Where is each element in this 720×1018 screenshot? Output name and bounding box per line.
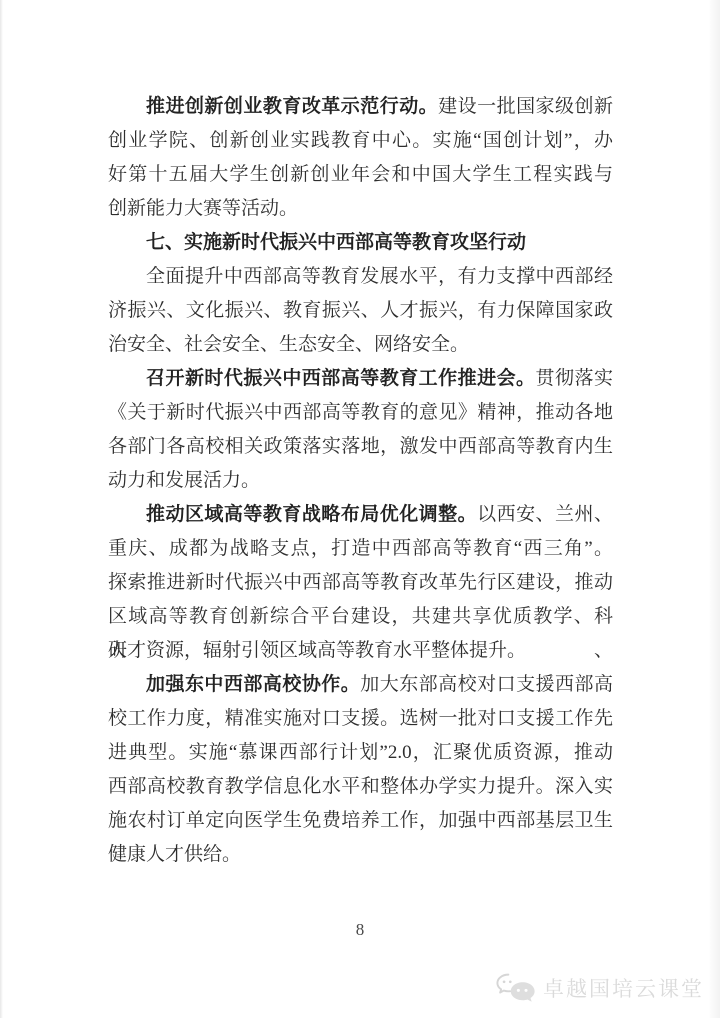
text-line: 加强东中西部高校协作。加大东部高校对口支援西部高 [108, 668, 613, 702]
paragraph-lead: 推动区域高等教育战略布局优化调整。 [146, 504, 477, 525]
section-heading-text: 七、实施新时代振兴中西部高等教育攻坚行动 [146, 232, 526, 253]
text-line: 区域高等教育创新综合平台建设，共建共享优质教学、科研、 [108, 600, 613, 634]
watermark-text: 卓越国培云课堂 [543, 973, 704, 1003]
paragraph-lead: 召开新时代振兴中西部高等教育工作推进会。 [146, 368, 536, 389]
page-number: 8 [0, 920, 720, 940]
paragraph-text: 《关于新时代振兴中西部高等教育的意见》精神，推动各地 [108, 402, 613, 423]
text-line: 推动区域高等教育战略布局优化调整。以西安、兰州、 [108, 498, 613, 532]
paragraph-text: 校工作力度，精准实施对口支援。选树一批对口支援工作先 [108, 708, 613, 729]
paragraph-text: 人才资源，辐射引领区域高等教育水平整体提升。 [108, 640, 526, 661]
paragraph-text: 健康人才供给。 [108, 844, 241, 865]
paragraph-lead: 推进创新创业教育改革示范行动。 [146, 96, 438, 117]
text-line: 动力和发展活力。 [108, 464, 613, 498]
paragraph-text: 贯彻落实 [536, 368, 613, 389]
scan-edge-left [0, 0, 3, 1018]
paragraph-text: 济振兴、文化振兴、教育振兴、人才振兴，有力保障国家政 [108, 300, 613, 321]
paragraph-text: 以西安、兰州、 [477, 504, 613, 525]
paragraph-text: 各部门各高校相关政策落实落地，激发中西部高等教育内生 [108, 436, 613, 457]
paragraph-text: 好第十五届大学生创新创业年会和中国大学生工程实践与 [108, 164, 613, 185]
section-heading: 七、实施新时代振兴中西部高等教育攻坚行动 [108, 226, 613, 260]
text-line: 西部高校教育教学信息化水平和整体办学实力提升。深入实 [108, 770, 613, 804]
text-line: 《关于新时代振兴中西部高等教育的意见》精神，推动各地 [108, 396, 613, 430]
paragraph-text: 创业学院、创新创业实践教育中心。实施“国创计划”，办 [108, 130, 613, 151]
paragraph-text: 西部高校教育教学信息化水平和整体办学实力提升。深入实 [108, 776, 613, 797]
text-line: 创新能力大赛等活动。 [108, 192, 613, 226]
text-line: 召开新时代振兴中西部高等教育工作推进会。贯彻落实 [108, 362, 613, 396]
text-line: 创业学院、创新创业实践教育中心。实施“国创计划”，办 [108, 124, 613, 158]
paragraph-text: 进典型。实施“慕课西部行计划”2.0，汇聚优质资源，推动 [108, 742, 613, 763]
paragraph-text: 探索推进新时代振兴中西部高等教育改革先行区建设，推动 [108, 572, 613, 593]
paragraph-text: 动力和发展活力。 [108, 470, 260, 491]
text-line: 各部门各高校相关政策落实落地，激发中西部高等教育内生 [108, 430, 613, 464]
text-line: 重庆、成都为战略支点，打造中西部高等教育“西三角”。 [108, 532, 613, 566]
paragraph-text: 加大东部高校对口支援西部高 [360, 674, 613, 695]
text-line: 济振兴、文化振兴、教育振兴、人才振兴，有力保障国家政 [108, 294, 613, 328]
paragraph-text: 重庆、成都为战略支点，打造中西部高等教育“西三角”。 [108, 538, 613, 559]
wechat-icon [495, 972, 537, 1004]
text-line: 好第十五届大学生创新创业年会和中国大学生工程实践与 [108, 158, 613, 192]
watermark: 卓越国培云课堂 [495, 972, 704, 1004]
text-line: 探索推进新时代振兴中西部高等教育改革先行区建设，推动 [108, 566, 613, 600]
paragraph-text: 全面提升中西部高等教育发展水平，有力支撑中西部经 [146, 266, 613, 287]
text-line: 进典型。实施“慕课西部行计划”2.0，汇聚优质资源，推动 [108, 736, 613, 770]
text-line: 治安全、社会安全、生态安全、网络安全。 [108, 328, 613, 362]
paragraph-text: 创新能力大赛等活动。 [108, 198, 298, 219]
paragraph-text: 施农村订单定向医学生免费培养工作，加强中西部基层卫生 [108, 810, 613, 831]
text-line: 健康人才供给。 [108, 838, 613, 872]
text-line: 施农村订单定向医学生免费培养工作，加强中西部基层卫生 [108, 804, 613, 838]
paragraph-text: 治安全、社会安全、生态安全、网络安全。 [108, 334, 469, 355]
text-line: 推进创新创业教育改革示范行动。建设一批国家级创新 [108, 90, 613, 124]
document-page: 推进创新创业教育改革示范行动。建设一批国家级创新 创业学院、创新创业实践教育中心… [0, 0, 720, 1018]
text-line: 校工作力度，精准实施对口支援。选树一批对口支援工作先 [108, 702, 613, 736]
paragraph-text: 建设一批国家级创新 [438, 96, 613, 117]
paragraph-lead: 加强东中西部高校协作。 [146, 674, 360, 695]
text-line: 全面提升中西部高等教育发展水平，有力支撑中西部经 [108, 260, 613, 294]
document-body: 推进创新创业教育改革示范行动。建设一批国家级创新 创业学院、创新创业实践教育中心… [108, 90, 613, 872]
scan-edge-right [708, 0, 720, 1018]
